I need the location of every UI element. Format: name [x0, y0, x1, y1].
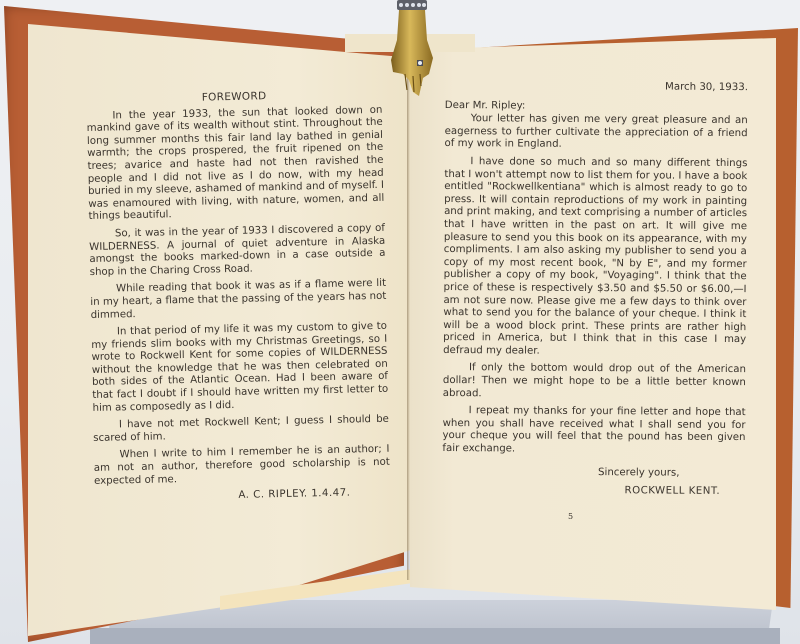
foreword-paragraph: So, it was in the year of 1933 I discove…	[89, 223, 386, 280]
letter-paragraph: I repeat my thanks for your fine letter …	[442, 405, 745, 457]
foreword-paragraph: In that period of my life it was my cust…	[91, 321, 389, 415]
foreword-text: FOREWORD In the year 1933, the sun that …	[86, 88, 391, 506]
letter-paragraph: If only the bottom would drop out of the…	[443, 362, 746, 402]
letter-paragraph: I have done so much and so many differen…	[443, 156, 747, 360]
foreword-paragraph: While reading that book it was as if a f…	[90, 278, 387, 322]
brass-hand-clip-icon	[383, 0, 437, 98]
page-number: 5	[568, 512, 573, 521]
stand-edge	[90, 628, 780, 644]
letter-text: March 30, 1933. Dear Mr. Ripley: Your le…	[442, 80, 748, 499]
foreword-paragraph: In the year 1933, the sun that looked do…	[86, 104, 384, 224]
letter-signature: ROCKWELL KENT.	[442, 484, 720, 499]
letter-salutation: Dear Mr. Ripley:	[445, 100, 748, 115]
book-gutter	[407, 40, 410, 580]
foreword-paragraph: I have not met Rockwell Kent; I guess I …	[93, 414, 389, 445]
letter-closing: Sincerely yours,	[532, 466, 745, 480]
letter-paragraph: Your letter has given me very great plea…	[445, 113, 748, 153]
foreword-paragraph: When I write to him I remember he is an …	[93, 444, 390, 488]
letter-date: March 30, 1933.	[445, 80, 748, 95]
